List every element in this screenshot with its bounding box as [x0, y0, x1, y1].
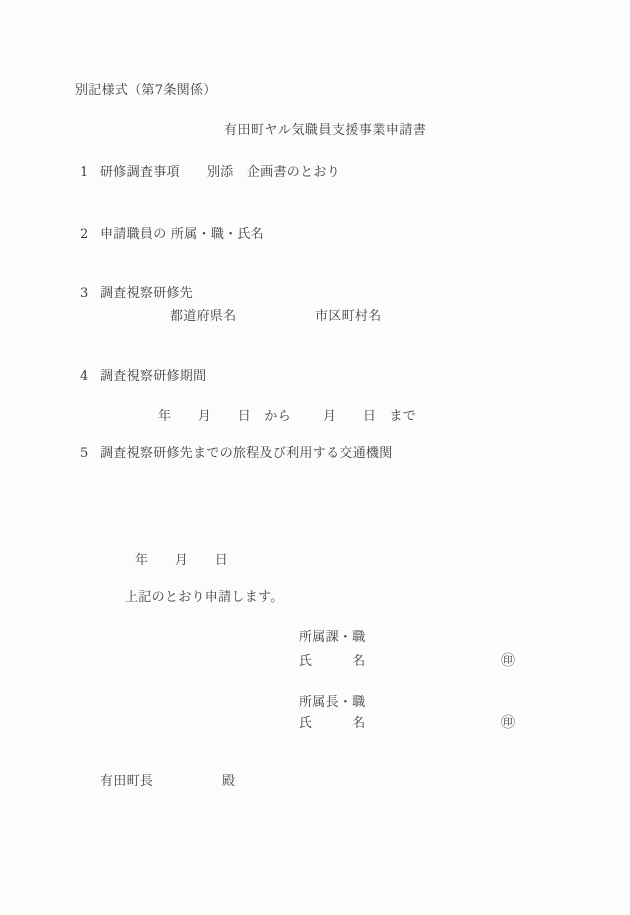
addressee-honorific: 殿 [222, 775, 235, 788]
item-3-prefecture-label: 都道府県名 [170, 310, 237, 323]
item-1-label: 研修調査事項 [100, 166, 180, 179]
form-title: 有田町ヤル気職員支援事業申請書 [224, 124, 426, 137]
item-4-label: 調査視察研修期間 [100, 370, 206, 383]
item-1-value: 別添 企画書のとおり [207, 166, 340, 179]
signature-2-role-label: 所属長・職 [299, 696, 366, 709]
item-5-label: 調査視察研修先までの旅程及び利用する交通機関 [100, 447, 393, 460]
item-3-municipality-label: 市区町村名 [315, 310, 382, 323]
item-4-period-to: 月 日 まで [323, 410, 416, 423]
item-4-number: 4 [80, 370, 89, 383]
application-form-page: 別記様式（第7条関係） 有田町ヤル気職員支援事業申請書 1 研修調査事項 別添 … [0, 0, 630, 915]
application-date-line: 年 月 日 [135, 554, 228, 567]
item-3-number: 3 [80, 287, 89, 300]
item-2-number: 2 [80, 228, 89, 241]
addressee-recipient: 有田町長 [100, 775, 153, 788]
signature-2-seal-mark: ㊞ [501, 716, 515, 730]
item-3-label: 調査視察研修先 [100, 287, 193, 300]
declaration-text: 上記のとおり申請します。 [125, 591, 284, 604]
item-2-label: 申請職員の 所属・職・氏名 [100, 228, 264, 241]
form-note: 別記様式（第7条関係） [75, 84, 217, 97]
item-5-number: 5 [80, 447, 89, 460]
item-1-number: 1 [80, 166, 89, 179]
signature-1-role-label: 所属課・職 [299, 631, 366, 644]
signature-1-seal-mark: ㊞ [501, 654, 515, 668]
signature-1-name-label: 氏 名 [299, 655, 366, 668]
signature-2-name-label: 氏 名 [299, 717, 366, 730]
item-4-period-from: 年 月 日 から [158, 410, 291, 423]
